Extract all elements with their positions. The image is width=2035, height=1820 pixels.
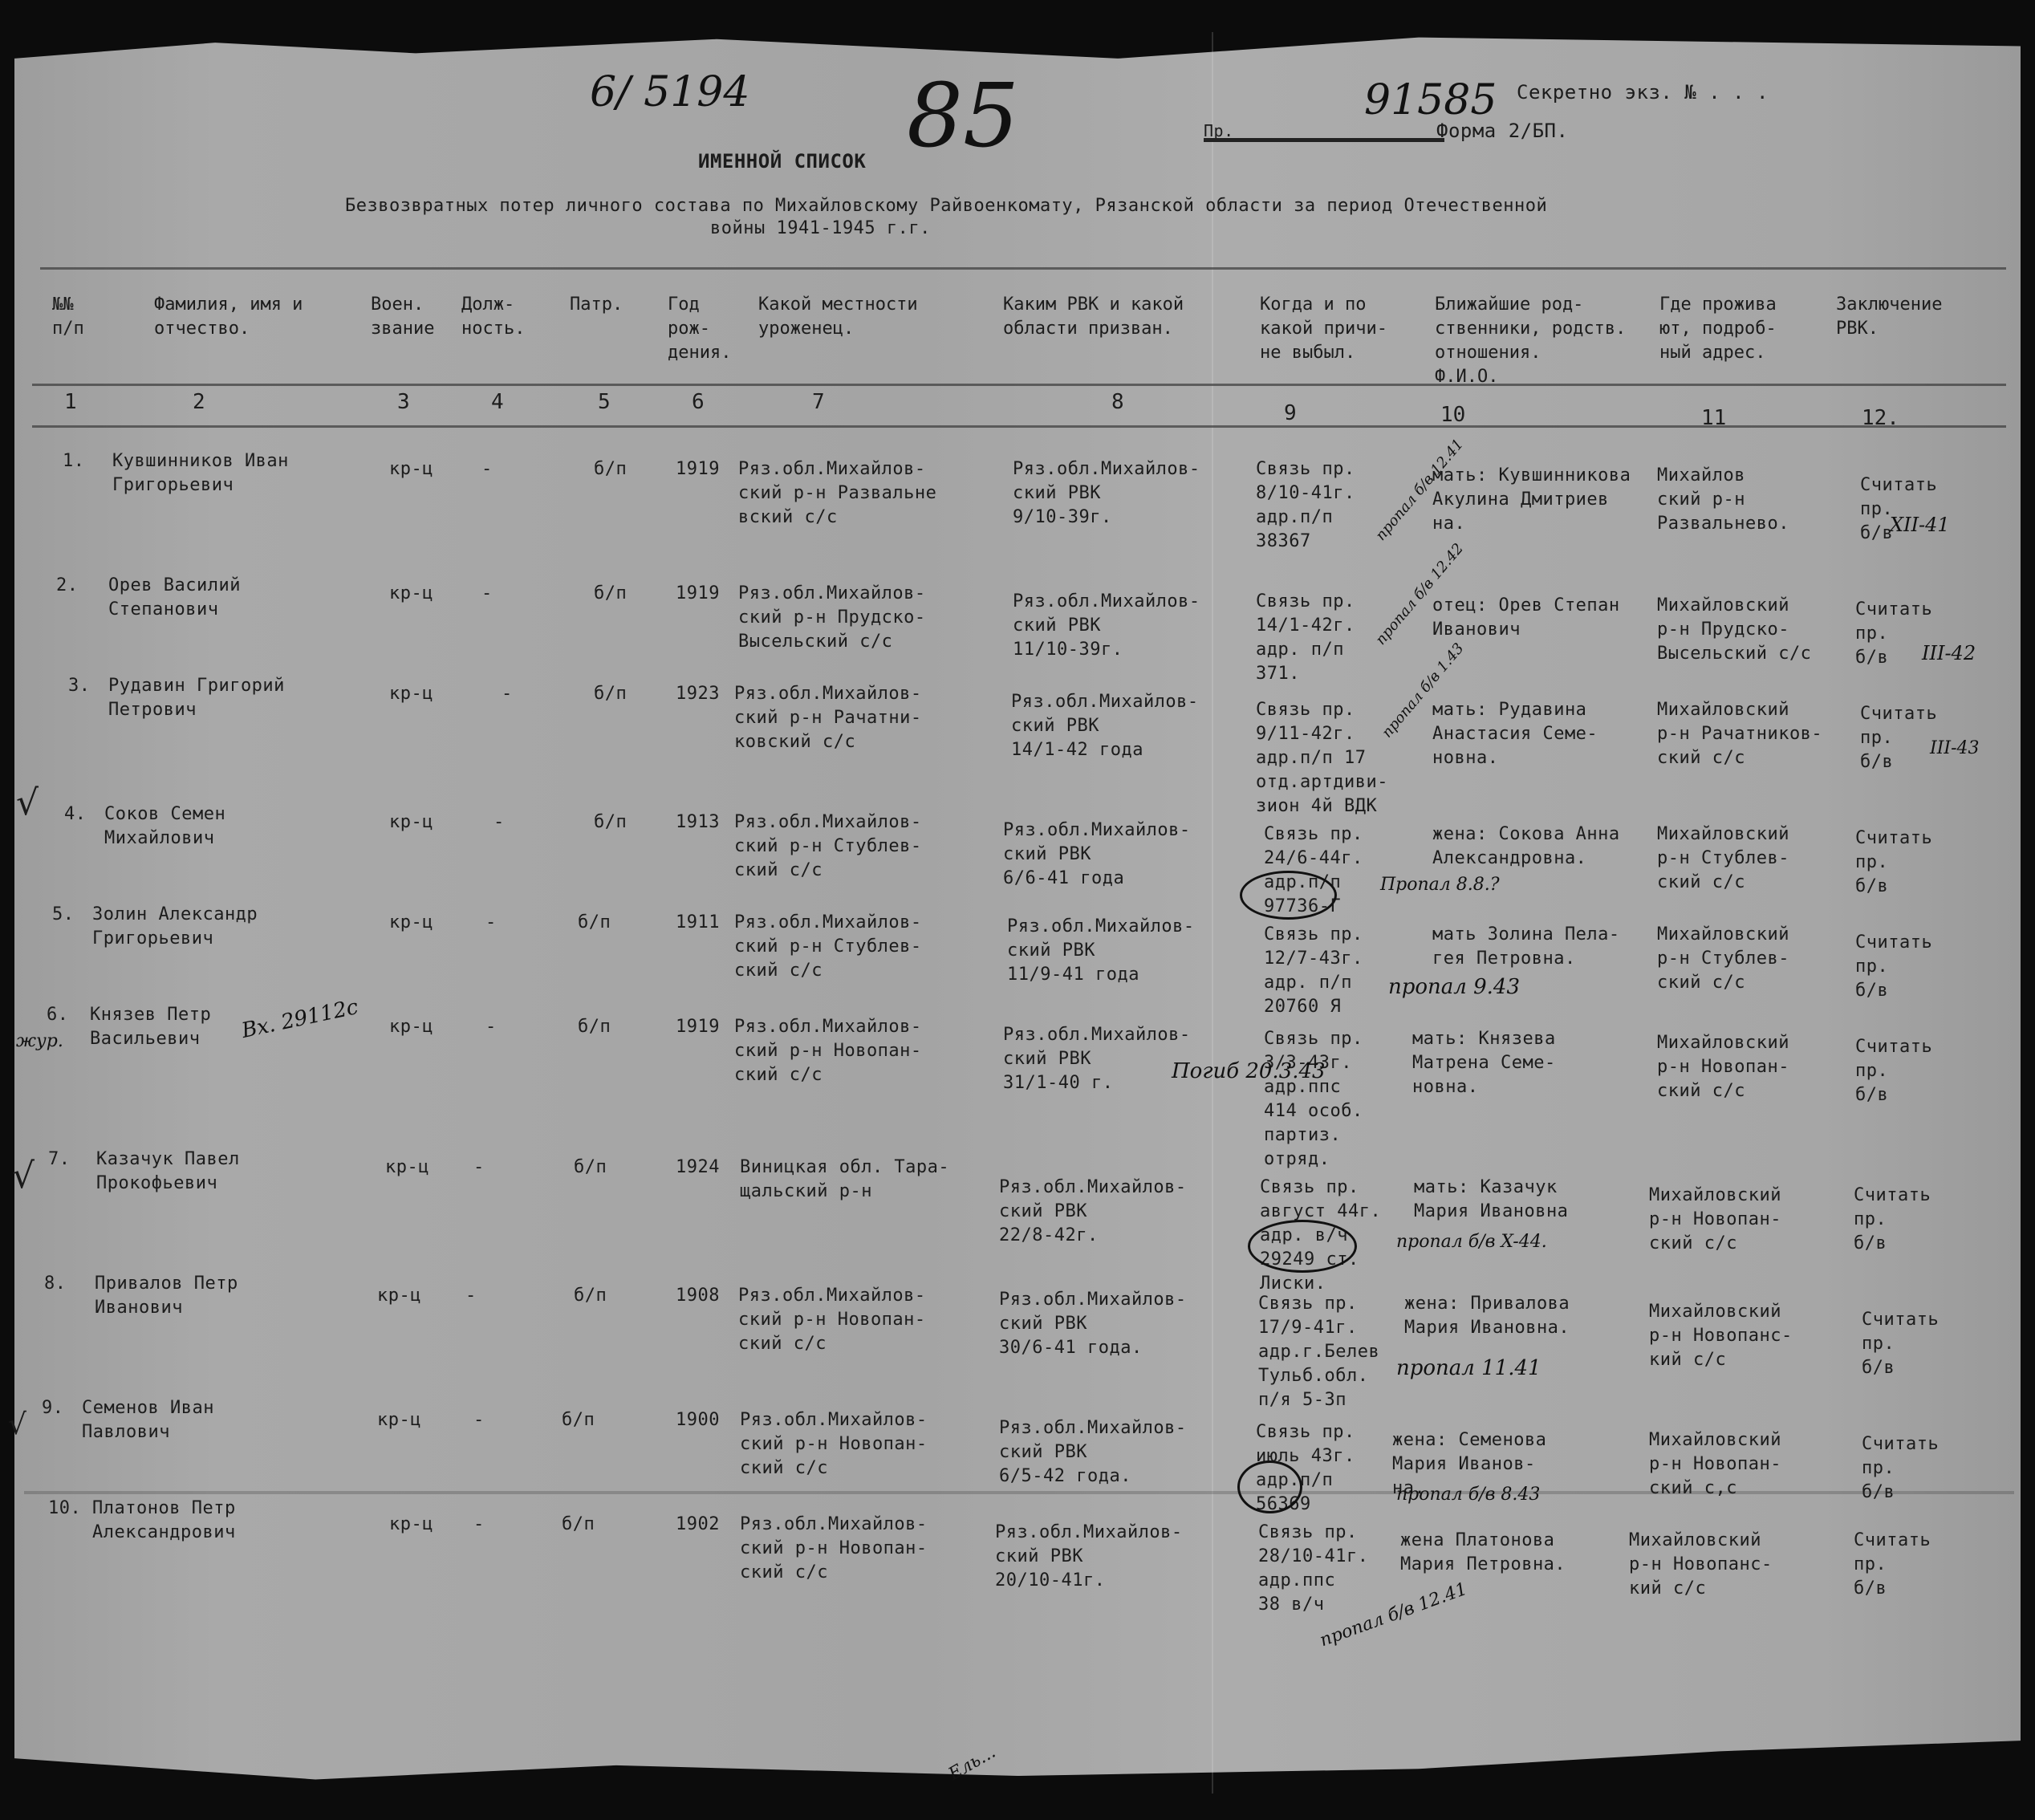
row-number: 1. bbox=[63, 449, 85, 473]
row-number: 9. bbox=[42, 1396, 64, 1420]
relatives: мать Золина Пела- гея Петровна. bbox=[1432, 923, 1620, 971]
party: б/п bbox=[574, 1156, 607, 1180]
party: б/п bbox=[578, 1015, 611, 1039]
conscription-rvk: Ряз.обл.Михайлов- ский РВК 22/8-42г. bbox=[999, 1176, 1187, 1248]
position: - bbox=[481, 582, 493, 606]
origin: Ряз.обл.Михайлов- ский р-н Стублев- ский… bbox=[734, 810, 922, 883]
relatives: жена Платонова Мария Петровна. bbox=[1400, 1529, 1566, 1577]
handwritten-status: Пропал 8.8.? bbox=[1380, 875, 1500, 895]
checkmark-icon: √ bbox=[12, 1156, 35, 1196]
document-title: ИМЕННОЙ СПИСОК bbox=[698, 149, 866, 173]
conscription-rvk: Ряз.обл.Михайлов- ский РВК 31/1-40 г. bbox=[1003, 1023, 1191, 1095]
departure-info: Связь пр. 28/10-41г. адр.ппс 38 в/ч bbox=[1258, 1521, 1368, 1617]
col-header-5: Патр. bbox=[570, 293, 623, 317]
birth-year: 1911 bbox=[676, 911, 720, 935]
birth-year: 1919 bbox=[676, 457, 720, 481]
person-name: Золин Александр Григорьевич bbox=[92, 903, 258, 951]
table-top-rule bbox=[40, 267, 2006, 270]
conscription-rvk: Ряз.обл.Михайлов- ский РВК 14/1-42 года bbox=[1011, 690, 1199, 762]
person-name: Кувшинников Иван Григорьевич bbox=[112, 449, 289, 498]
conclusion: Считать пр. б/в bbox=[1855, 1035, 1932, 1107]
person-name: Казачук Павел Прокофьевич bbox=[96, 1148, 240, 1196]
origin: Ряз.обл.Михайлов- ский р-н Развальне вск… bbox=[738, 457, 936, 530]
sheet-number: 85 bbox=[907, 64, 1019, 167]
reference-number: 91585 bbox=[1364, 76, 1497, 124]
address: Михайловский р-н Стублев- ский с/с bbox=[1657, 923, 1789, 995]
conscription-rvk: Ряз.обл.Михайлов- ский РВК 9/10-39г. bbox=[1013, 457, 1200, 530]
col-header-4: Долж- ность. bbox=[461, 293, 525, 341]
col-header-8: Каким РВК и какой области призван. bbox=[1003, 293, 1184, 341]
position: - bbox=[465, 1284, 477, 1308]
col-header-12: Заключение РВК. bbox=[1836, 293, 1942, 341]
rank: кр-ц bbox=[389, 810, 433, 835]
handwritten-status: пропал 9.43 bbox=[1388, 975, 1520, 999]
address: Михайловский р-н Новопан- ский с/с bbox=[1649, 1184, 1781, 1256]
origin: Ряз.обл.Михайлов- ский р-н Новопан- ский… bbox=[734, 1015, 922, 1087]
circled-unit-number bbox=[1248, 1220, 1357, 1273]
origin: Ряз.обл.Михайлов- ский р-н Новопан- ский… bbox=[740, 1408, 928, 1481]
col-num-7: 7 bbox=[812, 390, 825, 414]
address: Михайловский р-н Стублев- ский с/с bbox=[1657, 823, 1789, 895]
birth-year: 1923 bbox=[676, 682, 720, 706]
rank: кр-ц bbox=[385, 1156, 429, 1180]
col-header-2: Фамилия, имя и отчество. bbox=[154, 293, 303, 341]
departure-info: Связь пр. 8/10-41г. адр.п/п 38367 bbox=[1256, 457, 1355, 554]
position: - bbox=[485, 911, 497, 935]
person-name: Соков Семен Михайлович bbox=[104, 802, 225, 851]
archive-number: 6/ 5194 bbox=[590, 68, 749, 116]
col-num-5: 5 bbox=[598, 390, 611, 414]
birth-year: 1919 bbox=[676, 1015, 720, 1039]
conscription-rvk: Ряз.обл.Михайлов- ский РВК 11/9-41 года bbox=[1007, 915, 1195, 987]
conscription-rvk: Ряз.обл.Михайлов- ский РВК 11/10-39г. bbox=[1013, 590, 1200, 662]
row-number: 2. bbox=[56, 574, 79, 598]
col-num-1: 1 bbox=[64, 390, 77, 414]
conclusion-date-handwritten: XII-41 bbox=[1890, 514, 1950, 536]
col-num-4: 4 bbox=[491, 390, 504, 414]
relatives: отец: Орев Степан Иванович bbox=[1432, 594, 1620, 642]
checkmark-icon: √ bbox=[8, 1408, 26, 1441]
birth-year: 1913 bbox=[676, 810, 720, 835]
party: б/п bbox=[562, 1513, 595, 1537]
col-num-9: 9 bbox=[1284, 401, 1297, 425]
position: - bbox=[473, 1408, 485, 1432]
birth-year: 1902 bbox=[676, 1513, 720, 1537]
col-header-9: Когда и по какой причи- не выбыл. bbox=[1260, 293, 1387, 365]
col-num-11: 11 bbox=[1701, 406, 1726, 430]
origin: Ряз.обл.Михайлов- ский р-н Стублев- ский… bbox=[734, 911, 922, 983]
position: - bbox=[494, 810, 505, 835]
row-number: 6. bbox=[47, 1003, 69, 1027]
col-num-10: 10 bbox=[1440, 403, 1465, 427]
secrecy-label: Секретно экз. № . . . bbox=[1517, 80, 1769, 104]
circled-unit-number bbox=[1237, 1460, 1302, 1513]
address: Михайловский р-н Новопанс- кий с/с bbox=[1629, 1529, 1773, 1601]
departure-info: Связь пр. 3/3-43г. адр.ппс 414 особ. пар… bbox=[1264, 1027, 1363, 1172]
address: Михайловский р-н Новопан- ский с/с bbox=[1657, 1031, 1789, 1103]
person-name: Орев Василий Степанович bbox=[108, 574, 241, 622]
address: Михайловский р-н Прудско- Высельский с/с bbox=[1657, 594, 1811, 666]
circled-unit-number bbox=[1240, 871, 1337, 920]
rank: кр-ц bbox=[377, 1408, 421, 1432]
departure-info: Связь пр. 17/9-41г. адр.г.Белев Тульб.об… bbox=[1258, 1292, 1379, 1412]
position: - bbox=[473, 1513, 485, 1537]
conclusion-date-handwritten: III-43 bbox=[1930, 738, 1980, 758]
birth-year: 1908 bbox=[676, 1284, 720, 1308]
conclusion: Считать пр. б/в bbox=[1855, 827, 1932, 899]
person-name: Семенов Иван Павлович bbox=[82, 1396, 214, 1444]
person-name: Князев Петр Васильевич bbox=[90, 1003, 211, 1051]
position: - bbox=[473, 1156, 485, 1180]
rank: кр-ц bbox=[389, 682, 433, 706]
conclusion: Считать пр. б/в bbox=[1855, 931, 1932, 1003]
conscription-rvk: Ряз.обл.Михайлов- ский РВК 30/6-41 года. bbox=[999, 1288, 1187, 1360]
conclusion: Считать пр. б/в bbox=[1855, 598, 1932, 670]
col-header-11: Где прожива ют, подроб- ный адрес. bbox=[1659, 293, 1777, 365]
birth-year: 1924 bbox=[676, 1156, 720, 1180]
rank: кр-ц bbox=[389, 1513, 433, 1537]
col-num-6: 6 bbox=[692, 390, 705, 414]
handwritten-status: пропал б/в X-44. bbox=[1396, 1232, 1547, 1252]
address: Михайловский р-н Рачатников- ский с/с bbox=[1657, 698, 1822, 770]
address: Михайловский р-н Новопан- ский с,с bbox=[1649, 1428, 1781, 1501]
origin: Ряз.обл.Михайлов- ский р-н Прудско- Высе… bbox=[738, 582, 926, 654]
conclusion: Считать пр. б/в bbox=[1862, 1432, 1939, 1505]
person-name: Рудавин Григорий Петрович bbox=[108, 674, 285, 722]
address: Михайловский р-н Новопанс- кий с/с bbox=[1649, 1300, 1793, 1372]
origin: Ряз.обл.Михайлов- ский р-н Рачатни- ковс… bbox=[734, 682, 922, 754]
conscription-rvk: Ряз.обл.Михайлов- ский РВК 6/6-41 года bbox=[1003, 819, 1191, 891]
handwritten-status: пропал б/в 8.43 bbox=[1396, 1485, 1540, 1505]
party: б/п bbox=[594, 582, 627, 606]
col-header-1: №№ п/п bbox=[52, 293, 84, 341]
origin: Ряз.обл.Михайлов- ский р-н Новопан- ский… bbox=[740, 1513, 928, 1585]
checkmark-icon: √ bbox=[16, 782, 39, 823]
departure-info: Связь пр. 14/1-42г. адр. п/п 371. bbox=[1256, 590, 1355, 686]
rank: кр-ц bbox=[389, 457, 433, 481]
position: - bbox=[485, 1015, 497, 1039]
row-number: 8. bbox=[44, 1272, 67, 1296]
conscription-rvk: Ряз.обл.Михайлов- ский РВК 6/5-42 года. bbox=[999, 1416, 1187, 1489]
conclusion: Считать пр. б/в bbox=[1854, 1184, 1931, 1256]
header-divider-rule bbox=[32, 384, 2006, 386]
conclusion: Считать пр. б/в bbox=[1862, 1308, 1939, 1380]
departure-info: Связь пр. 9/11-42г. адр.п/п 17 отд.артди… bbox=[1256, 698, 1388, 819]
conclusion: Считать пр. б/в bbox=[1854, 1529, 1931, 1601]
document-subtitle: Безвозвратных потер личного состава по М… bbox=[345, 194, 1547, 218]
party: б/п bbox=[574, 1284, 607, 1308]
col-num-8: 8 bbox=[1111, 390, 1124, 414]
relatives: жена: Привалова Мария Ивановна. bbox=[1404, 1292, 1570, 1340]
col-header-10: Ближайшие род- ственники, родств. отноше… bbox=[1435, 293, 1626, 389]
relatives: жена: Сокова Анна Александровна. bbox=[1432, 823, 1620, 871]
relatives: мать: Князева Матрена Семе- новна. bbox=[1412, 1027, 1556, 1099]
row-number: 4. bbox=[64, 802, 87, 827]
origin: Ряз.обл.Михайлов- ский р-н Новопан- ский… bbox=[738, 1284, 926, 1356]
conclusion: Считать пр. б/в bbox=[1860, 702, 1937, 774]
relatives: мать: Рудавина Анастасия Семе- новна. bbox=[1432, 698, 1598, 770]
origin: Виницкая обл. Тара- щальский р-н bbox=[740, 1156, 949, 1204]
rank: кр-ц bbox=[377, 1284, 421, 1308]
document-subtitle-years: войны 1941-1945 г.г. bbox=[710, 217, 931, 241]
ink-underline bbox=[1204, 138, 1444, 142]
position: - bbox=[481, 457, 493, 481]
relatives: мать: Казачук Мария Ивановна bbox=[1414, 1176, 1568, 1224]
rank: кр-ц bbox=[389, 1015, 433, 1039]
party: б/п bbox=[594, 457, 627, 481]
person-name: Привалов Петр Иванович bbox=[95, 1272, 238, 1320]
col-num-3: 3 bbox=[397, 390, 410, 414]
col-header-7: Какой местности уроженец. bbox=[758, 293, 918, 341]
margin-note-handwritten: жур. bbox=[16, 1031, 63, 1051]
handwritten-status: Погиб 20.3.43 bbox=[1172, 1059, 1326, 1083]
row-number: 5. bbox=[52, 903, 75, 927]
conclusion-date-handwritten: III-42 bbox=[1922, 642, 1976, 664]
handwritten-status: пропал 11.41 bbox=[1396, 1356, 1541, 1380]
address: Михайлов ский р-н Развальнево. bbox=[1657, 464, 1789, 536]
fold-line-vertical bbox=[1212, 32, 1213, 1794]
row-number: 3. bbox=[68, 674, 91, 698]
party: б/п bbox=[578, 911, 611, 935]
relatives: мать: Кувшинникова Акулина Дмитриев на. bbox=[1432, 464, 1631, 536]
birth-year: 1900 bbox=[676, 1408, 720, 1432]
col-header-6: Год рож- дения. bbox=[668, 293, 731, 365]
col-num-12: 12. bbox=[1862, 406, 1899, 430]
party: б/п bbox=[594, 682, 627, 706]
party: б/п bbox=[562, 1408, 595, 1432]
person-name: Платонов Петр Александрович bbox=[92, 1497, 236, 1545]
col-header-3: Воен. звание bbox=[371, 293, 434, 341]
row-number: 10. bbox=[48, 1497, 81, 1521]
position: - bbox=[502, 682, 513, 706]
form-label: Форма 2/БП. bbox=[1436, 119, 1568, 143]
col-num-2: 2 bbox=[193, 390, 205, 414]
rank: кр-ц bbox=[389, 911, 433, 935]
row-number: 7. bbox=[48, 1148, 71, 1172]
party: б/п bbox=[594, 810, 627, 835]
conscription-rvk: Ряз.обл.Михайлов- ский РВК 20/10-41г. bbox=[995, 1521, 1183, 1593]
departure-info: Связь пр. 12/7-43г. адр. п/п 20760 Я bbox=[1264, 923, 1363, 1019]
birth-year: 1919 bbox=[676, 582, 720, 606]
rank: кр-ц bbox=[389, 582, 433, 606]
